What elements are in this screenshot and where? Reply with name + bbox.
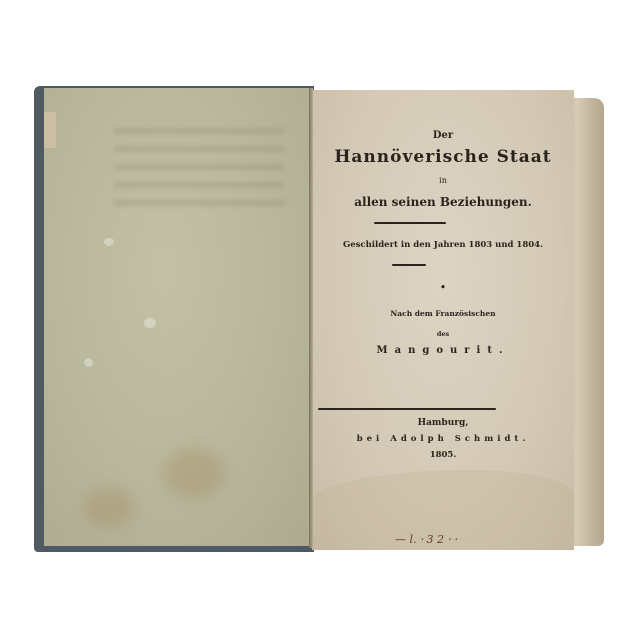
left-endpaper [44, 88, 312, 546]
book-title: Hannöverische Staat [312, 147, 574, 167]
torn-tab [44, 112, 56, 148]
title-page-in: in [312, 176, 574, 185]
divider-rule [318, 408, 496, 410]
title-page-der: Der [312, 130, 574, 141]
foxing-spot [144, 318, 156, 328]
divider-rule [374, 222, 446, 224]
imprint-year: 1805. [312, 450, 574, 460]
foxing-spot [104, 238, 114, 246]
title-page-des: des [312, 330, 574, 338]
translation-note: Nach dem Französischen [312, 309, 574, 318]
ornament: • [312, 283, 574, 293]
show-through-text [114, 128, 284, 218]
book-description: Geschildert in den Jahren 1803 und 1804. [312, 240, 574, 250]
divider-rule [392, 264, 426, 266]
imprint-publisher: bei Adolph Schmidt. [312, 434, 574, 444]
water-stain [84, 488, 134, 528]
imprint-city: Hamburg, [312, 418, 574, 428]
foxing-spot [84, 358, 93, 367]
water-stain [164, 448, 224, 498]
handwritten-inscription: — l. ⸱ 3 2 ⸱ ⸱ [395, 532, 545, 547]
author-name: Mangourit. [312, 345, 574, 356]
book-subtitle: allen seinen Beziehungen. [312, 195, 574, 209]
open-book: Der Hannöverische Staat in allen seinen … [0, 0, 640, 640]
